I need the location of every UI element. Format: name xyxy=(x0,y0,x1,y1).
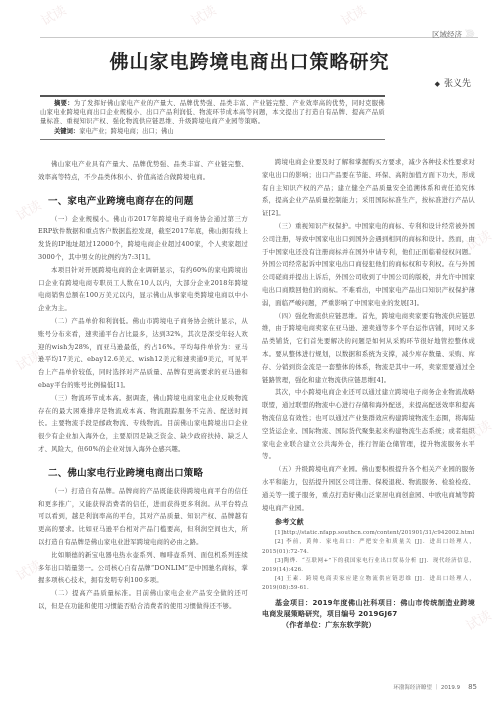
watermark: 试读 xyxy=(187,0,219,29)
section-name: 区域经济 xyxy=(432,30,462,39)
journal-name: 环渤海经济瞭望 ｜ 2019.9 xyxy=(393,685,460,691)
author-line: ◆张义先 xyxy=(435,76,471,89)
paragraph: 其次，中小跨境电商企业还可以通过建立跨境电子商务企业物流战略联盟，通过联盟的物流… xyxy=(262,386,475,463)
keywords: 关键词：家电产业；跨境电商；出口；佛山 xyxy=(40,127,385,136)
keywords-label: 关键词： xyxy=(54,128,79,135)
abstract: 摘要：为了发挥好佛山家电产业的产量大、品牌优势强、品类丰富、产业链完整、产业效率… xyxy=(40,99,385,127)
page-number: 85 xyxy=(468,683,477,691)
abstract-box: 摘要：为了发挥好佛山家电产业的产量大、品牌优势强、品类丰富、产业链完整、产业效率… xyxy=(40,95,385,140)
article-title: 佛山家电跨境电商出口策略研究 xyxy=(0,47,499,74)
intro-paragraph: 佛山家电产业具有产量大、品牌优势强、品类丰富、产业链完整、效率高等特点，不少品类… xyxy=(38,158,248,184)
paragraph: 跨境电商企业要及时了解和掌握购买方要求，减少各种技术性要求对家电出口的影响；出口… xyxy=(262,156,475,220)
keywords-text: 家电产业；跨境电商；出口；佛山 xyxy=(79,128,173,135)
references-heading: 参考文献 xyxy=(262,516,475,529)
abstract-text: 为了发挥好佛山家电产业的产量大、品牌优势强、品类丰富、产业链完整、产业效率高的优… xyxy=(40,100,385,125)
section-heading-1: 一、家电产业跨境电商存在的问题 xyxy=(48,195,248,208)
paragraph: （三）重视知识产权保护。中国家电的商标、专利和设计经常被外国公司注册，导致中国家… xyxy=(262,220,475,310)
paragraph: （五）升级跨境电商产业园。佛山要积极提升各个相关产业园的服务水平和能力，包括提升… xyxy=(262,463,475,514)
paragraph: （二）产品单价和利润低。佛山市跨境电子商务协会统计显示，从账号分布来看，速卖通平… xyxy=(38,315,248,392)
diamond-icon: ◆ xyxy=(435,80,440,88)
author-name: 张义先 xyxy=(444,79,471,89)
reference-item: [4] 王素．跨境电商卖家应建立物流供应链思维 [J]．进出口经理人，2019(… xyxy=(262,575,475,593)
author-affiliation: （作者单位：广东东软学院） xyxy=(262,620,475,631)
reference-item: [1]http://static.nfapp.southcn.com/conte… xyxy=(262,529,475,538)
right-column: 跨境电商企业要及时了解和掌握购买方要求，减少各种技术性要求对家电出口的影响；出口… xyxy=(262,156,475,631)
paragraph: （三）物流环节成本高。据调查，佛山跨境电商家电企业反映物流存在的最大困难排序是物… xyxy=(38,392,248,456)
chevrons-icon: 》》》 xyxy=(465,30,477,40)
section-label: 区域经济》》》 xyxy=(432,27,477,40)
reference-item: [3]陶烨．“互联网+”下的我国家电行业出口贸易分析 [J]．现代经济信息，20… xyxy=(262,557,475,575)
paragraph: （二）提高产品质量标准。目前佛山家电企业产品安全做的还可以，但是在功能和使用习惯… xyxy=(38,587,248,613)
paragraph: （四）强化物流供应链思维。首先，跨境电商卖家要有物流供应链思维，由于跨境电商卖家… xyxy=(262,310,475,387)
left-column: 佛山家电产业具有产量大、品牌优势强、品类丰富、产业链完整、效率高等特点，不少品类… xyxy=(38,158,248,613)
paragraph: 比如顺德的新宝电器电热水壶系列、咖啡壶系列、面包机系列连续多年出口销量第一。公司… xyxy=(38,549,248,587)
paragraph: （一）企业规模小。佛山市2017年跨境电子商务协会通过第三方ERP软件数据和重点… xyxy=(38,213,248,264)
section-heading-2: 二、佛山家电行业跨境电商出口策略 xyxy=(48,467,248,480)
page-footer: 环渤海经济瞭望 ｜ 2019.985 xyxy=(393,683,477,691)
header-rule xyxy=(40,37,478,38)
funding-note: 基金项目：2019年度佛山社科项目：佛山市传统制造业跨境电商发展策略研究，项目编… xyxy=(262,598,475,620)
watermark: 试读 xyxy=(37,0,69,29)
paragraph: （一）打造自有品牌。品牌商的产品既能获得跨境电商平台的信任和更多推广，又能获得消… xyxy=(38,485,248,549)
abstract-label: 摘要： xyxy=(54,100,74,107)
paragraph: 本项目针对开展跨境电商的企业调研显示，有约60%的家电跨境出口企业有跨境电商专职… xyxy=(38,264,248,315)
watermark: 试读 xyxy=(337,0,369,29)
reference-item: [2] 李前，黄帅．家电出口：严把安全和质量关 [J]．进出口经理人，2015(… xyxy=(262,538,475,556)
